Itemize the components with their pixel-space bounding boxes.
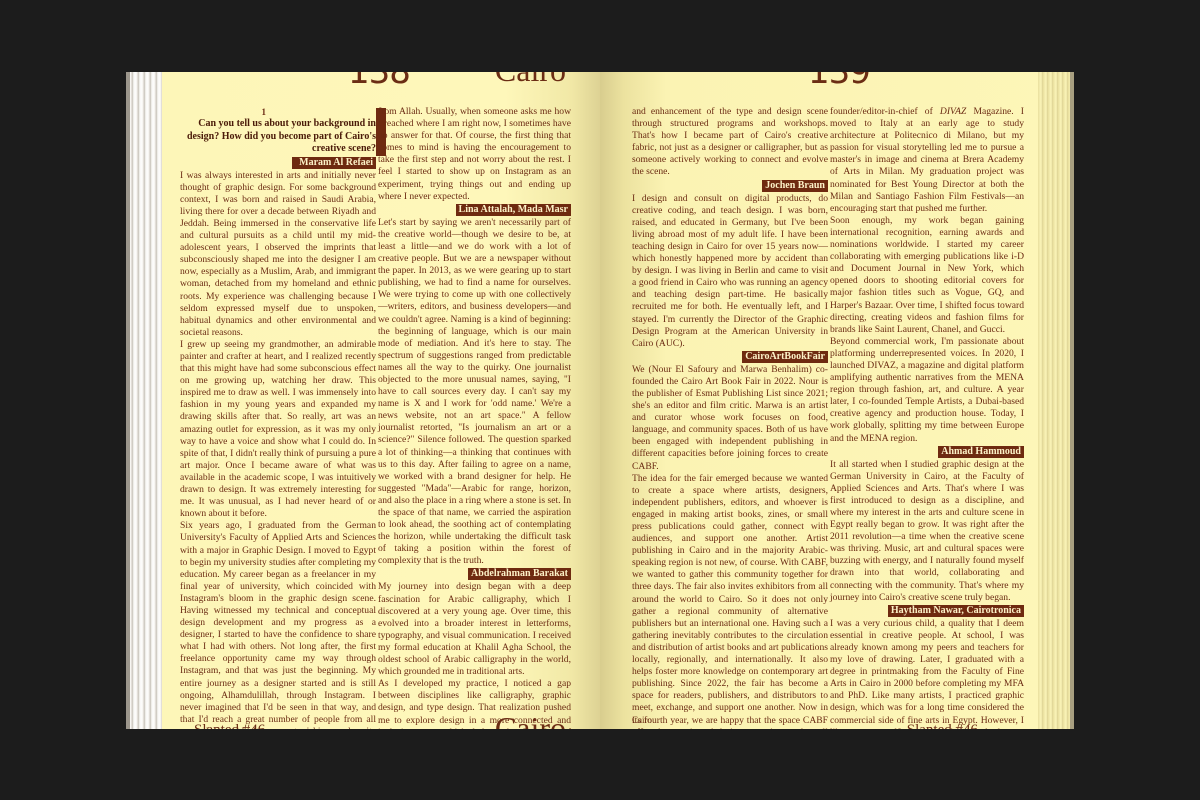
city-heading-left: Cairo [495,72,566,89]
page-edges-right [1038,72,1074,729]
text-run: founder/editor-in-chief of [830,106,940,117]
answer-paragraph: I grew up seeing my grandmother, an admi… [180,339,376,520]
answer-paragraph: I was a very curious child, a quality th… [830,618,1024,729]
magazine-title: DIVAZ [940,106,966,117]
running-head-right: Slanted #46 [913,72,984,77]
left-column-2: from Allah. Usually, when someone asks m… [378,106,571,729]
running-head-left: Slanted #46 [170,72,241,77]
magazine-spread: Slanted #46 138 Cairo 1 Can you tell us … [126,72,1074,729]
interviewee-name: Haytham Nawar, Cairotronica [888,605,1024,617]
answer-paragraph: from Allah. Usually, when someone asks m… [378,106,571,203]
answer-paragraph: My journey into design began with a deep… [378,581,571,678]
answer-paragraph: I design and consult on digital products… [632,193,828,350]
running-foot-right: Slanted #46 [907,722,978,729]
answer-paragraph: Beyond commercial work, I'm passionate a… [830,336,1024,445]
answer-paragraph: The idea for the fair emerged because we… [632,473,828,729]
answer-paragraph: It all started when I studied graphic de… [830,459,1024,604]
interviewee-name: Jochen Braun [762,180,828,192]
interviewee-name: Ahmad Hammoud [938,446,1024,458]
page-edges-left [126,72,162,729]
right-page: 139 Slanted #46 and enhancement of the t… [600,72,1074,729]
page-number-left: 138 [348,72,410,92]
answer-paragraph: and enhancement of the type and design s… [632,106,828,179]
answer-paragraph: Soon enough, my work began gaining inter… [830,215,1024,336]
right-column-1: and enhancement of the type and design s… [632,106,828,729]
interviewee-name: Abdelrahman Barakat [468,568,571,580]
question-number: 1 [180,106,266,118]
answer-paragraph: We (Nour El Safoury and Marwa Benhalim) … [632,364,828,473]
question-text: Can you tell us about your background in… [180,118,376,156]
interviewee-name: CairoArtBookFair [742,351,828,363]
small-foot-right: Cairo [632,715,652,725]
interviewee-name: Lina Attalah, Mada Masr [456,204,571,216]
text-run: Magazine. I moved to Italy at an early a… [830,106,1024,214]
page-number-right: 139 [808,72,870,92]
answer-paragraph: Six years ago, I graduated from the Germ… [180,520,376,729]
interviewee-name: Maram Al Refaei [292,157,376,169]
answer-paragraph: I was always interested in arts and init… [180,170,376,339]
left-column-1: 1 Can you tell us about your background … [180,106,376,729]
answer-paragraph: Let's start by saying we aren't necessar… [378,217,571,568]
running-foot-left: Slanted #46 [194,722,265,729]
left-page: Slanted #46 138 Cairo 1 Can you tell us … [126,72,600,729]
answer-paragraph: founder/editor-in-chief of DIVAZ Magazin… [830,106,1024,215]
right-column-2: founder/editor-in-chief of DIVAZ Magazin… [830,106,1024,729]
city-foot-left: Cairo [495,710,566,729]
